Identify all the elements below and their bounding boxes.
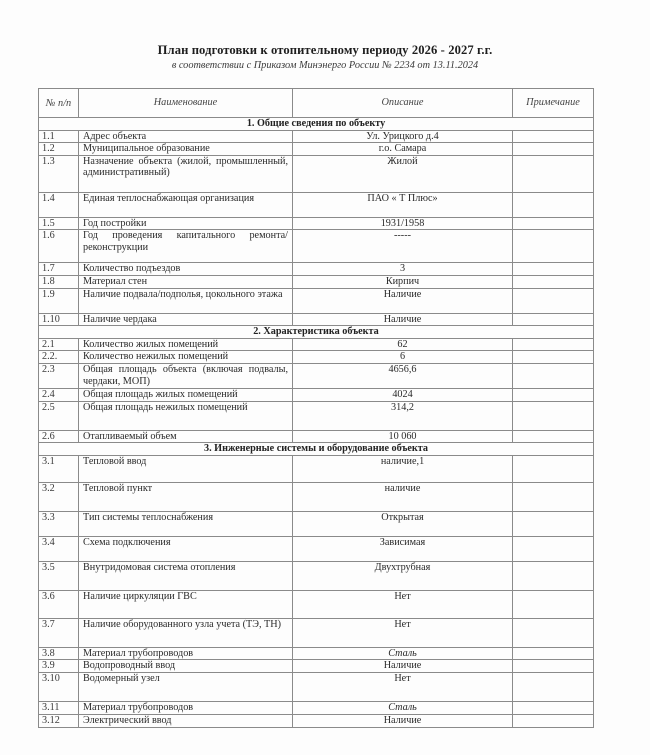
table-row: 3.8Материал трубопроводовСталь	[39, 647, 594, 660]
row-note	[513, 430, 594, 443]
row-name: Единая теплоснабжающая организация	[79, 192, 293, 217]
row-name: Материал трубопроводов	[79, 647, 293, 660]
row-num: 2.3	[39, 363, 79, 388]
row-num: 3.8	[39, 647, 79, 660]
table-row: 1.5Год постройки1931/1958	[39, 217, 594, 230]
header-description: Описание	[293, 89, 513, 118]
row-name: Наличие чердака	[79, 313, 293, 326]
row-description: Сталь	[293, 702, 513, 715]
row-note	[513, 313, 594, 326]
table-row: 3.10Водомерный узелНет	[39, 673, 594, 702]
row-num: 3.4	[39, 536, 79, 561]
row-note	[513, 263, 594, 276]
row-name: Тип системы теплоснабжения	[79, 511, 293, 536]
row-description: Открытая	[293, 511, 513, 536]
row-name: Год проведения капитального ремонта/реко…	[79, 230, 293, 263]
document-title: План подготовки к отопительному периоду …	[0, 43, 650, 58]
row-note	[513, 143, 594, 156]
row-num: 2.5	[39, 401, 79, 430]
row-num: 1.9	[39, 288, 79, 313]
table-body: 1. Общие сведения по объекту1.1Адрес объ…	[39, 118, 594, 728]
row-description: Двухтрубная	[293, 561, 513, 590]
row-num: 1.5	[39, 217, 79, 230]
row-name: Количество подъездов	[79, 263, 293, 276]
row-description: Нет	[293, 590, 513, 618]
table-row: 3.6Наличие циркуляции ГВСНет	[39, 590, 594, 618]
row-description: 6	[293, 351, 513, 364]
row-description: Нет	[293, 618, 513, 647]
row-description: 62	[293, 338, 513, 351]
row-name: Общая площадь объекта (включая подвалы, …	[79, 363, 293, 388]
row-note	[513, 363, 594, 388]
row-num: 3.1	[39, 455, 79, 482]
row-description: Жилой	[293, 155, 513, 192]
header-num: № п/п	[39, 89, 79, 118]
table-row: 1.9Наличие подвала/подполья, цокольного …	[39, 288, 594, 313]
table-row: 3.12Электрический вводНаличие	[39, 714, 594, 727]
row-num: 1.10	[39, 313, 79, 326]
row-num: 1.4	[39, 192, 79, 217]
table-row: 3.4Схема подключенияЗависимая	[39, 536, 594, 561]
row-name: Схема подключения	[79, 536, 293, 561]
table-row: 2.2.Количество нежилых помещений6	[39, 351, 594, 364]
row-name: Муниципальное образование	[79, 143, 293, 156]
row-num: 2.2.	[39, 351, 79, 364]
row-name: Наличие подвала/подполья, цокольного эта…	[79, 288, 293, 313]
row-note	[513, 388, 594, 401]
row-name: Год постройки	[79, 217, 293, 230]
table-row: 2.3Общая площадь объекта (включая подвал…	[39, 363, 594, 388]
row-note	[513, 217, 594, 230]
row-description: наличие,1	[293, 455, 513, 482]
row-description: 3	[293, 263, 513, 276]
row-num: 3.3	[39, 511, 79, 536]
row-description: Наличие	[293, 714, 513, 727]
plan-table: № п/п Наименование Описание Примечание 1…	[38, 88, 594, 728]
row-num: 3.9	[39, 660, 79, 673]
row-description: 1931/1958	[293, 217, 513, 230]
row-description: Кирпич	[293, 275, 513, 288]
row-num: 2.6	[39, 430, 79, 443]
row-num: 2.1	[39, 338, 79, 351]
row-num: 3.2	[39, 482, 79, 511]
row-note	[513, 511, 594, 536]
row-description: г.о. Самара	[293, 143, 513, 156]
table-row: 3.9Водопроводный вводНаличие	[39, 660, 594, 673]
row-note	[513, 618, 594, 647]
row-description: 4024	[293, 388, 513, 401]
row-num: 2.4	[39, 388, 79, 401]
row-note	[513, 590, 594, 618]
row-note	[513, 714, 594, 727]
row-description: наличие	[293, 482, 513, 511]
table-row: 2.5Общая площадь нежилых помещений314,2	[39, 401, 594, 430]
table-row: 3.7Наличие оборудованного узла учета (ТЭ…	[39, 618, 594, 647]
row-name: Водомерный узел	[79, 673, 293, 702]
section-header-row: 3. Инженерные системы и оборудование объ…	[39, 443, 594, 456]
row-name: Тепловой ввод	[79, 455, 293, 482]
row-name: Назначение объекта (жилой, промышленный,…	[79, 155, 293, 192]
row-note	[513, 482, 594, 511]
row-name: Водопроводный ввод	[79, 660, 293, 673]
row-note	[513, 288, 594, 313]
row-num: 3.5	[39, 561, 79, 590]
row-note	[513, 536, 594, 561]
row-note	[513, 192, 594, 217]
row-num: 3.11	[39, 702, 79, 715]
section-header-row: 2. Характеристика объекта	[39, 326, 594, 339]
table-row: 1.1Адрес объектаУл. Урицкого д.4	[39, 130, 594, 143]
section-title: 2. Характеристика объекта	[39, 326, 594, 339]
row-name: Наличие циркуляции ГВС	[79, 590, 293, 618]
table-row: 1.7Количество подъездов3	[39, 263, 594, 276]
row-name: Тепловой пункт	[79, 482, 293, 511]
row-num: 3.10	[39, 673, 79, 702]
row-num: 1.7	[39, 263, 79, 276]
row-num: 3.6	[39, 590, 79, 618]
row-num: 1.1	[39, 130, 79, 143]
row-description: Зависимая	[293, 536, 513, 561]
row-num: 1.3	[39, 155, 79, 192]
row-name: Наличие оборудованного узла учета (ТЭ, Т…	[79, 618, 293, 647]
row-name: Электрический ввод	[79, 714, 293, 727]
header-name: Наименование	[79, 89, 293, 118]
document-subtitle: в соответствии с Приказом Минэнерго Росс…	[0, 60, 650, 71]
row-note	[513, 401, 594, 430]
row-note	[513, 455, 594, 482]
table-row: 1.10Наличие чердакаНаличие	[39, 313, 594, 326]
row-name: Общая площадь жилых помещений	[79, 388, 293, 401]
row-note	[513, 702, 594, 715]
table-row: 1.4Единая теплоснабжающая организацияПАО…	[39, 192, 594, 217]
table-row: 2.1Количество жилых помещений62	[39, 338, 594, 351]
table-row: 2.4Общая площадь жилых помещений4024	[39, 388, 594, 401]
row-name: Материал стен	[79, 275, 293, 288]
row-description: 10 060	[293, 430, 513, 443]
section-header-row: 1. Общие сведения по объекту	[39, 118, 594, 131]
row-note	[513, 660, 594, 673]
row-name: Адрес объекта	[79, 130, 293, 143]
table-row: 1.2Муниципальное образованиег.о. Самара	[39, 143, 594, 156]
table-row: 3.1Тепловой вводналичие,1	[39, 455, 594, 482]
table-row: 3.11Материал трубопроводовСталь	[39, 702, 594, 715]
row-description: Наличие	[293, 313, 513, 326]
row-description: Наличие	[293, 660, 513, 673]
row-num: 1.2	[39, 143, 79, 156]
row-name: Материал трубопроводов	[79, 702, 293, 715]
row-note	[513, 338, 594, 351]
row-num: 3.12	[39, 714, 79, 727]
row-note	[513, 647, 594, 660]
section-title: 1. Общие сведения по объекту	[39, 118, 594, 131]
row-description: -----	[293, 230, 513, 263]
row-num: 1.8	[39, 275, 79, 288]
table-row: 1.3Назначение объекта (жилой, промышленн…	[39, 155, 594, 192]
row-note	[513, 561, 594, 590]
row-name: Количество нежилых помещений	[79, 351, 293, 364]
table-row: 2.6Отапливаемый объем10 060	[39, 430, 594, 443]
row-note	[513, 230, 594, 263]
header-row: № п/п Наименование Описание Примечание	[39, 89, 594, 118]
row-num: 1.6	[39, 230, 79, 263]
table-row: 1.6Год проведения капитального ремонта/р…	[39, 230, 594, 263]
row-note	[513, 155, 594, 192]
row-name: Количество жилых помещений	[79, 338, 293, 351]
row-name: Отапливаемый объем	[79, 430, 293, 443]
row-description: Ул. Урицкого д.4	[293, 130, 513, 143]
row-description: Сталь	[293, 647, 513, 660]
row-description: 314,2	[293, 401, 513, 430]
table-row: 3.3Тип системы теплоснабженияОткрытая	[39, 511, 594, 536]
table-row: 3.5Внутридомовая система отопленияДвухтр…	[39, 561, 594, 590]
table-row: 1.8Материал стенКирпич	[39, 275, 594, 288]
row-name: Общая площадь нежилых помещений	[79, 401, 293, 430]
row-name: Внутридомовая система отопления	[79, 561, 293, 590]
row-note	[513, 673, 594, 702]
table-row: 3.2Тепловой пунктналичие	[39, 482, 594, 511]
section-title: 3. Инженерные системы и оборудование объ…	[39, 443, 594, 456]
row-description: Нет	[293, 673, 513, 702]
row-description: ПАО « Т Плюс»	[293, 192, 513, 217]
row-note	[513, 351, 594, 364]
row-note	[513, 275, 594, 288]
row-note	[513, 130, 594, 143]
row-description: 4656,6	[293, 363, 513, 388]
row-num: 3.7	[39, 618, 79, 647]
row-description: Наличие	[293, 288, 513, 313]
header-note: Примечание	[513, 89, 594, 118]
